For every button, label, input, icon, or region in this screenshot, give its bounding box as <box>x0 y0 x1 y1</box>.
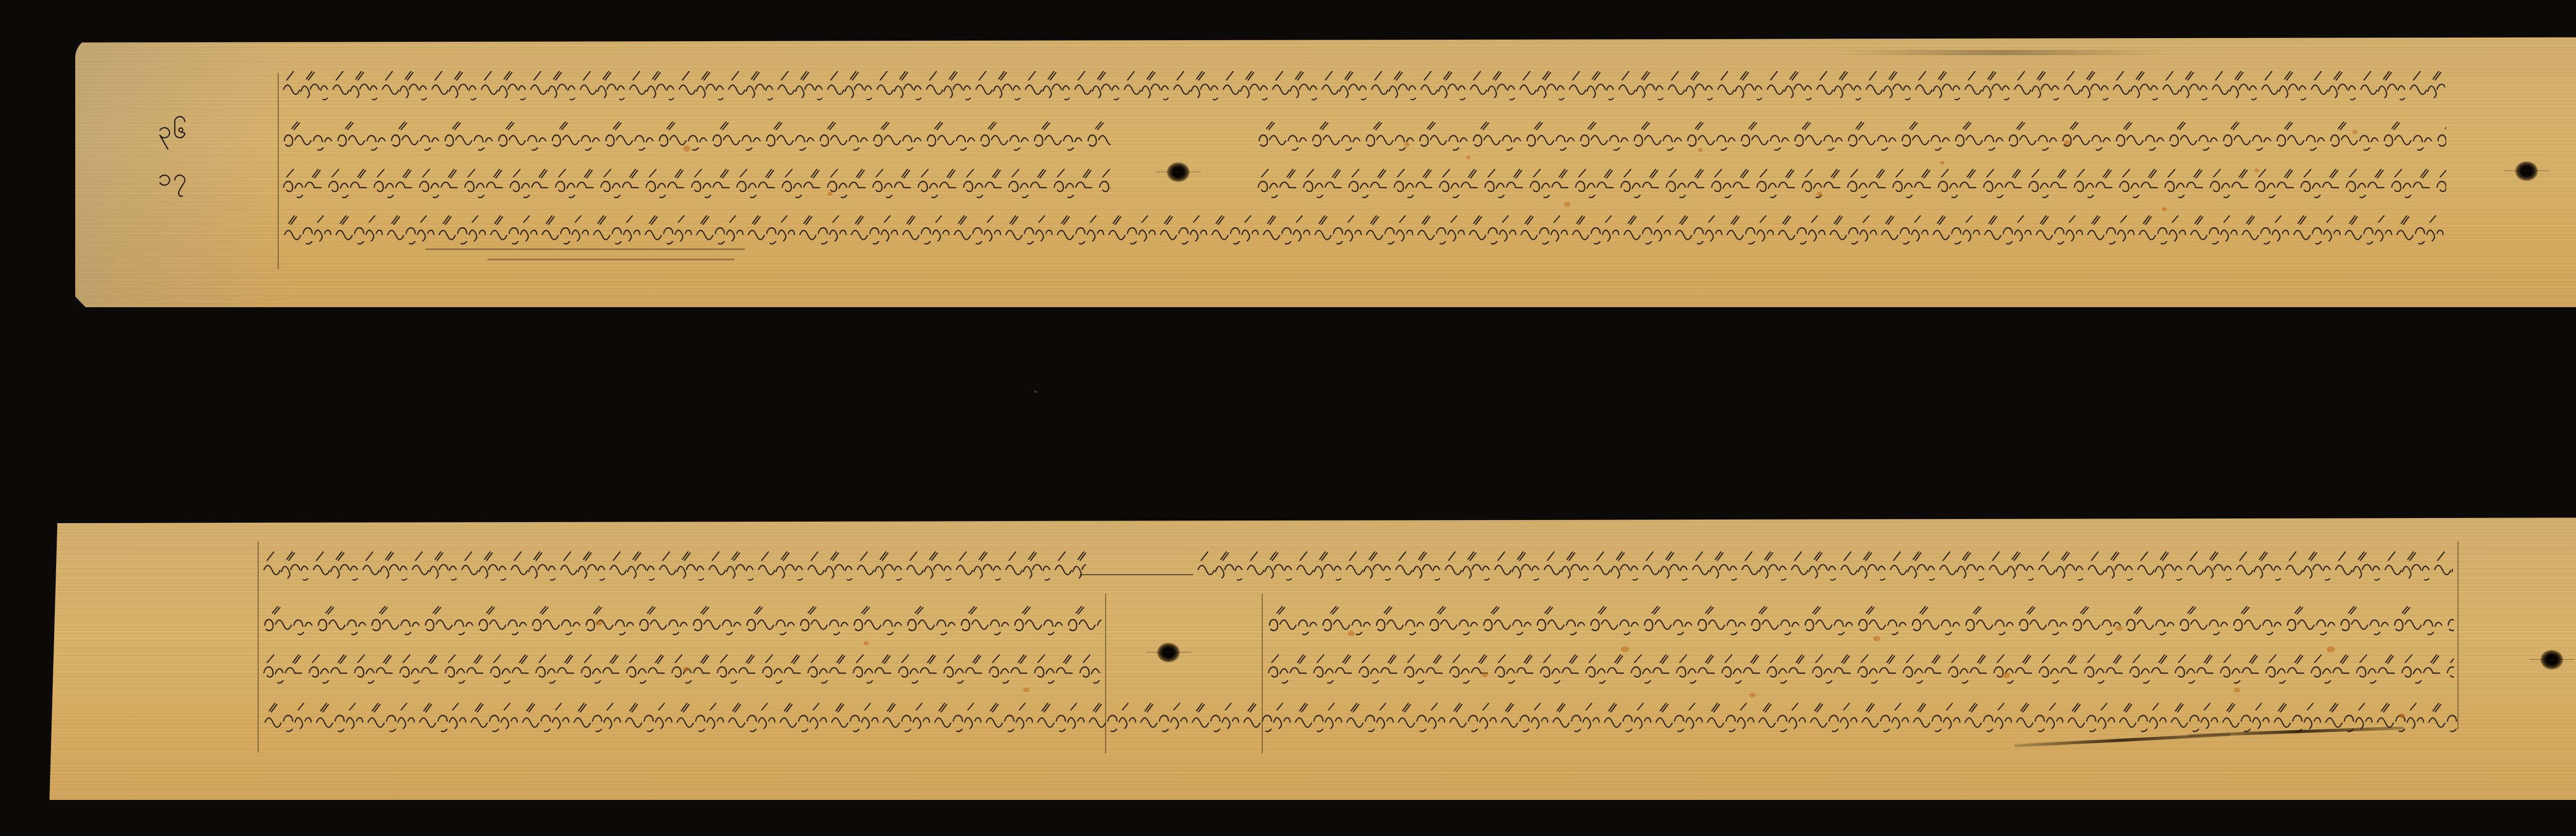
left-frame-line <box>258 541 259 753</box>
text-row-3-left <box>262 653 1101 684</box>
surface-scratch <box>487 259 735 260</box>
rust-spot <box>2352 130 2358 134</box>
dark-streak <box>1837 50 2167 55</box>
text-row-1 <box>281 69 2445 101</box>
rust-spot <box>596 621 603 626</box>
text-row-2-left <box>262 604 1101 636</box>
rust-spot <box>1564 202 1570 207</box>
text-row-2-right <box>1256 120 2446 152</box>
rust-spot <box>683 145 690 152</box>
text-row-3-right <box>1256 167 2446 199</box>
text-row-3-right <box>1266 653 2454 684</box>
rust-spot <box>2327 646 2335 653</box>
rust-spot <box>1817 192 1822 196</box>
rust-spot <box>2002 672 2010 678</box>
binding-hole-right <box>2515 161 2538 181</box>
rust-spot <box>2162 207 2167 211</box>
rust-spot <box>2255 169 2259 173</box>
rust-spot <box>683 667 689 672</box>
rust-spot <box>1466 156 1470 159</box>
surface-scratch <box>426 248 745 250</box>
text-row-4 <box>281 213 2445 245</box>
binding-hole-right <box>2540 650 2563 670</box>
text-row-4 <box>262 701 2458 733</box>
binding-hole-center <box>1157 643 1180 662</box>
rust-spot <box>1348 631 1355 636</box>
rust-spot <box>1873 636 1880 641</box>
text-row-2-left <box>281 120 1111 152</box>
rust-spot <box>827 192 833 196</box>
text-row-2-right <box>1266 604 2454 636</box>
right-frame-line <box>2458 541 2459 729</box>
text-row-1-left <box>262 549 1086 581</box>
folio-number-upper: ၃၆ <box>158 114 188 151</box>
rust-spot <box>1940 161 1944 164</box>
folio-number-lower: ၁၇ <box>158 162 188 198</box>
rust-spot <box>2399 713 2405 718</box>
rust-spot <box>1482 672 1488 677</box>
rust-spot <box>1023 688 1029 692</box>
rust-spot <box>863 641 869 645</box>
left-frame-line <box>278 73 279 269</box>
rust-spot <box>1404 143 1410 147</box>
binding-hole-center <box>1167 162 1190 182</box>
palm-leaf-top: ၃၆ ၁၇ <box>75 37 2576 307</box>
rust-spot <box>2115 626 2123 631</box>
text-row-1-right <box>1196 549 2453 581</box>
row-1-connector-line <box>1080 574 1193 575</box>
rust-spot <box>2064 140 2070 145</box>
rust-spot <box>1750 693 1756 697</box>
palm-leaf-bottom <box>49 517 2576 800</box>
rust-spot <box>1698 148 1703 152</box>
rust-spot <box>2234 688 2240 693</box>
text-row-3-left <box>281 167 1111 199</box>
rust-spot <box>1621 646 1629 652</box>
